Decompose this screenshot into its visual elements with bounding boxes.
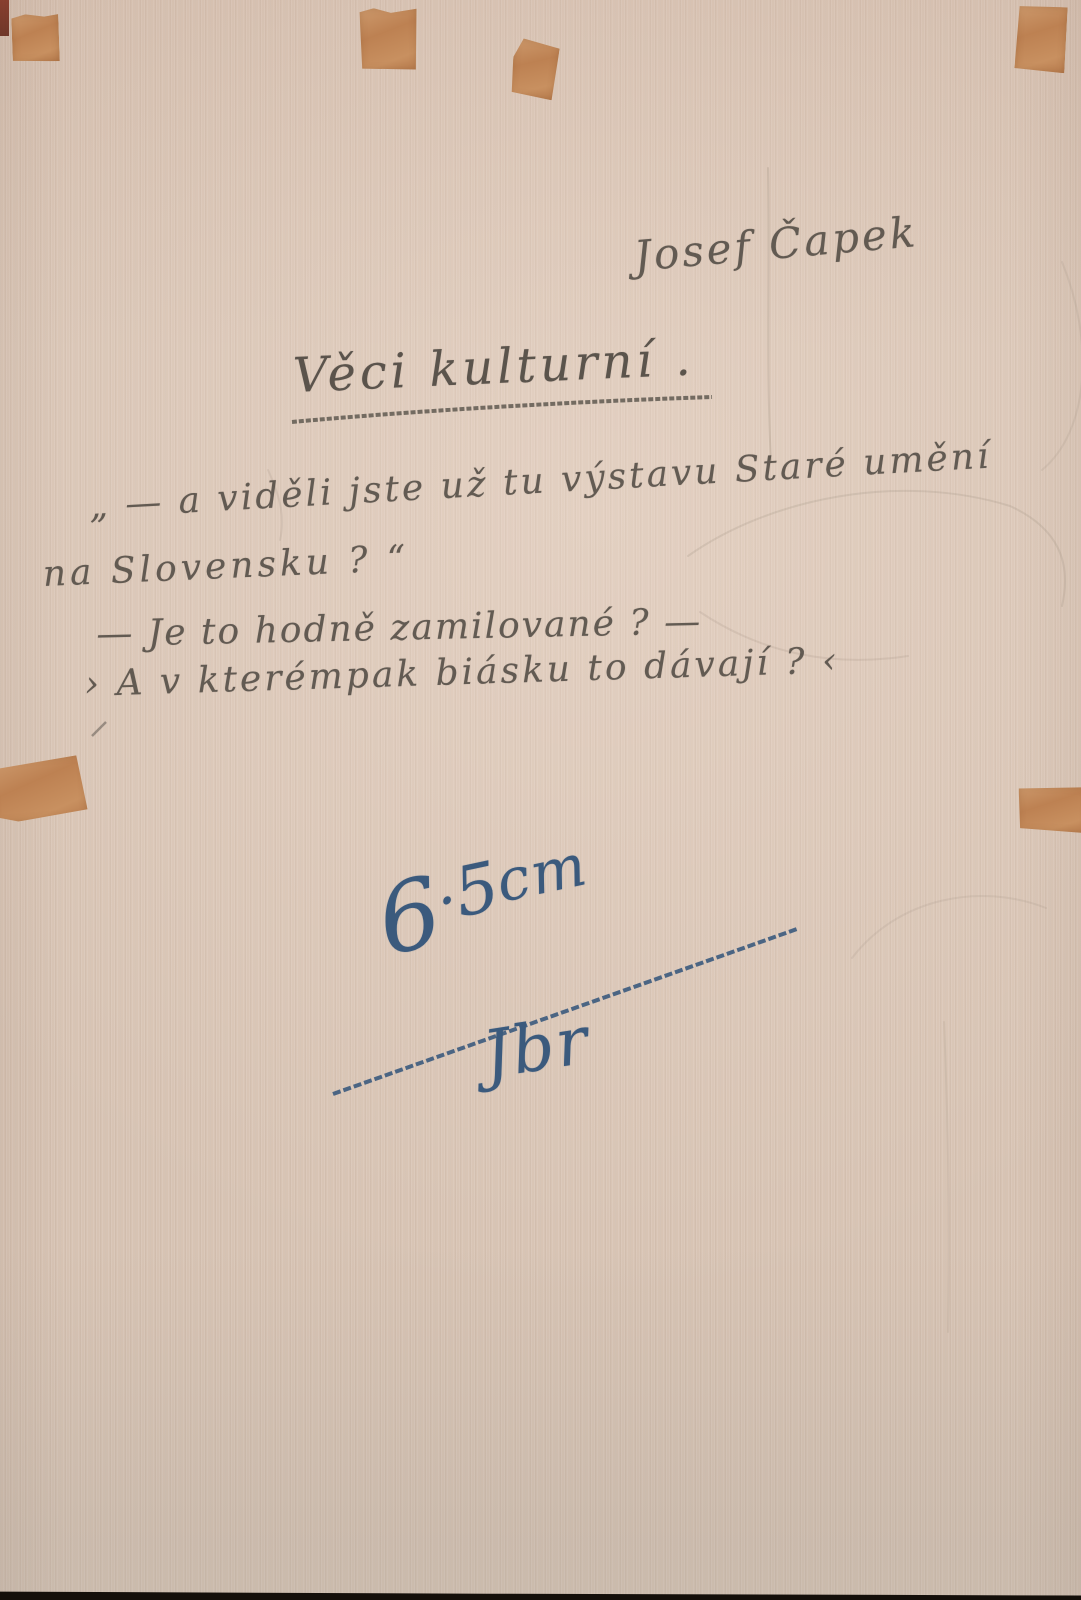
dialogue-line-1: „ — a viděli jste už tu výstavu Staré um… <box>88 436 992 527</box>
photo-bottom-dark-edge <box>0 1586 1081 1600</box>
title-handwriting: Věci kulturní . <box>292 330 695 403</box>
measurement-handwriting: 6·5cm <box>368 823 601 977</box>
dialogue-line-2: na Slovensku ? “ <box>42 538 410 595</box>
tape-piece-right-edge <box>1017 785 1081 833</box>
manuscript-photo: Josef Čapek Věci kulturní . „ — a viděli… <box>0 0 1081 1600</box>
measurement-unit: cm <box>490 830 594 916</box>
signature-handwriting: Josef Čapek <box>632 207 920 281</box>
tape-piece-top-right <box>1014 5 1067 74</box>
monogram-handwriting: Jbr <box>478 1001 595 1094</box>
tape-piece-top-center-left <box>359 8 417 71</box>
tape-piece-left-edge <box>0 755 88 823</box>
tape-piece-top-center-right <box>509 37 561 100</box>
stray-pencil-mark <box>92 722 106 736</box>
tape-piece-top-left <box>11 13 60 63</box>
corner-red-mark <box>0 0 9 36</box>
